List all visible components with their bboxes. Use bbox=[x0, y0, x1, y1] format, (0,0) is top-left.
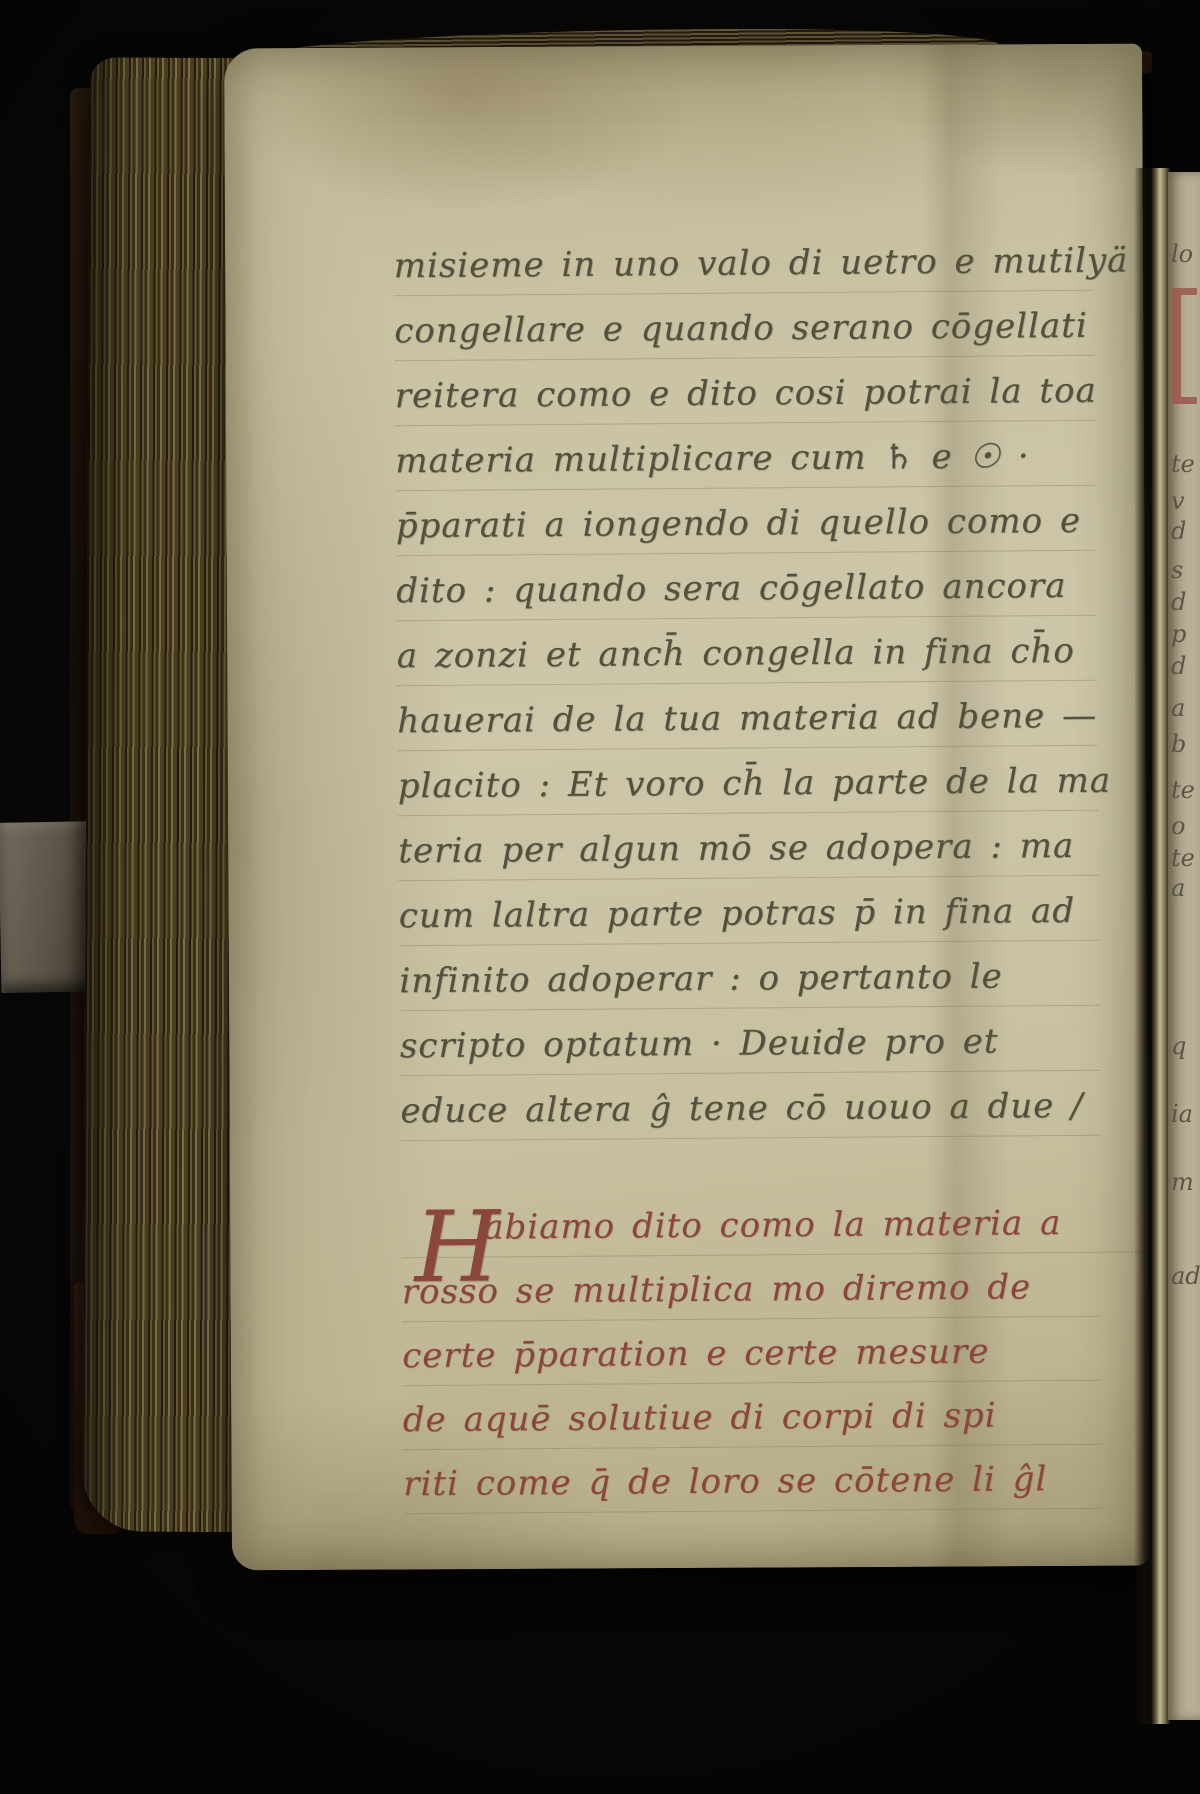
manuscript-line: misieme in uno valo di uetro e mutilyä bbox=[394, 236, 1094, 296]
facing-page-text-fragment: ad bbox=[1171, 1262, 1200, 1290]
manuscript-line: placito : Et voro ch̄ la parte de la ma bbox=[398, 756, 1098, 816]
manuscript-line: hauerai de la tua materia ad bene — bbox=[397, 691, 1097, 751]
facing-page-text-fragment: m bbox=[1171, 1168, 1200, 1196]
facing-page-text-fragment: b bbox=[1171, 730, 1200, 758]
facing-page-text-fragment: te bbox=[1171, 450, 1200, 478]
book-gutter bbox=[1134, 168, 1170, 1724]
facing-page-text-fragment: ia bbox=[1171, 1100, 1200, 1128]
manuscript-photo: misieme in uno valo di uetro e mutilyä c… bbox=[0, 0, 1200, 1794]
facing-page-rubric-initial-fragment bbox=[1172, 288, 1197, 404]
manuscript-line: a zonzi et anch̄ congella in fina ch̄o bbox=[397, 626, 1097, 686]
manuscript-line: materia multiplicare cum ♄ e ☉ · bbox=[395, 431, 1095, 491]
manuscript-line: congellare e quando serano cōgellati bbox=[394, 301, 1094, 361]
rubric-line: de aquē solutiue di corpi di spi bbox=[403, 1390, 1103, 1450]
manuscript-line: reitera como e dito cosi potrai la toa bbox=[395, 366, 1095, 426]
facing-page-text-fragment: a bbox=[1171, 694, 1200, 722]
facing-page-sliver: lo te v d s d p d a b te o te a q ia m a… bbox=[1168, 172, 1200, 1720]
facing-page-text-fragment: q bbox=[1171, 1032, 1200, 1060]
rubric-line: certe p̄paration e certe mesure bbox=[402, 1326, 1102, 1386]
manuscript-line: teria per algun mō se adopera : ma bbox=[398, 821, 1098, 881]
facing-page-text-fragment: v bbox=[1171, 487, 1200, 515]
manuscript-line: infinito adoperar : o pertanto le bbox=[399, 951, 1099, 1011]
facing-page-text-fragment: te bbox=[1171, 844, 1200, 872]
rubric-line: rosso se multiplica mo diremo de bbox=[402, 1262, 1102, 1322]
facing-page-text-fragment: o bbox=[1171, 812, 1200, 840]
manuscript-line: scripto optatum · Deuide pro et bbox=[400, 1016, 1100, 1076]
facing-page-text-fragment: d bbox=[1171, 588, 1200, 616]
manuscript-line: educe altera ĝ tene cō uouo a due / bbox=[400, 1081, 1100, 1141]
manuscript-line: dito : quando sera cōgellato ancora bbox=[396, 561, 1096, 621]
book-clasp-strap bbox=[0, 821, 97, 993]
rubric-line: abiamo dito como la materia a bbox=[401, 1197, 1183, 1258]
manuscript-page: misieme in uno valo di uetro e mutilyä c… bbox=[224, 44, 1150, 1571]
manuscript-line: p̄parati a iongendo di quello como e bbox=[396, 496, 1096, 556]
facing-page-text-fragment: te bbox=[1171, 776, 1200, 804]
rubric-line: riti come q̄ de loro se cōtene li ĝl bbox=[403, 1454, 1103, 1514]
manuscript-line: cum laltra parte potras p̄ in fina ad bbox=[399, 886, 1099, 946]
facing-page-text-fragment: s bbox=[1171, 556, 1200, 584]
facing-page-text-fragment: lo bbox=[1171, 240, 1200, 268]
facing-page-text-fragment: p bbox=[1171, 620, 1200, 648]
facing-page-text-fragment: d bbox=[1171, 517, 1200, 545]
facing-page-text-fragment: a bbox=[1171, 874, 1200, 902]
facing-page-text-fragment: d bbox=[1171, 652, 1200, 680]
text-block: misieme in uno valo di uetro e mutilyä c… bbox=[222, 42, 1152, 1571]
